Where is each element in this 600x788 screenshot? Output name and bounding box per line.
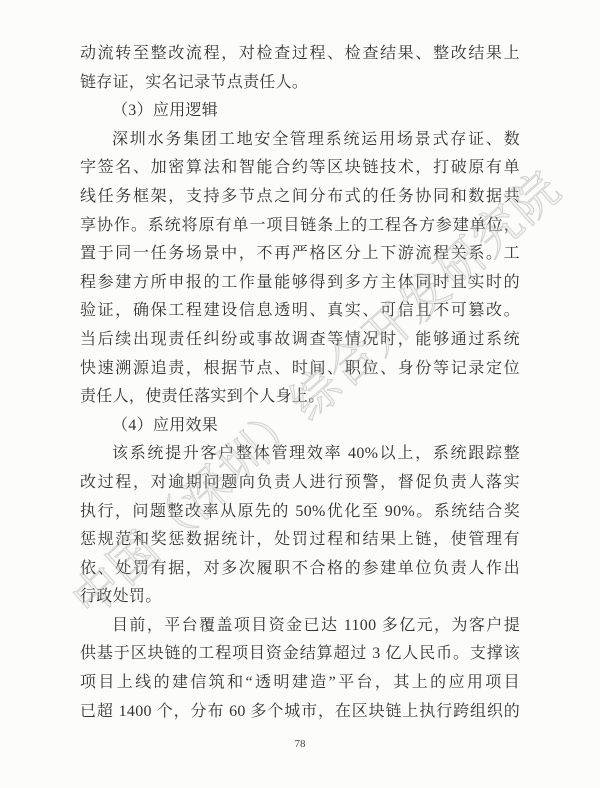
text-block: 动流转至整改流程，对检查过程、检查结果、整改结果上链存证，实名记录节点责任人。（… <box>80 40 520 726</box>
text-line: 置于同一任务场景中，不再严格区分上下游流程关系。工 <box>80 240 520 269</box>
text-line: 已超 1400 个，分布 60 多个城市，在区块链上执行跨组织的 <box>80 698 520 727</box>
text-line: （4）应用效果 <box>80 412 520 441</box>
text-line: 该系统提升客户整体管理效率 40%以上，系统跟踪整 <box>80 440 520 469</box>
text-line: 链存证，实名记录节点责任人。 <box>80 69 520 98</box>
text-line: 验证，确保工程建设信息透明、真实、可信且不可篡改。 <box>80 297 520 326</box>
text-line: 供基于区块链的工程项目资金结算超过 3 亿人民币。支撑该 <box>80 640 520 669</box>
text-line: 执行，问题整改率从原先的 50%优化至 90%。系统结合奖 <box>80 498 520 527</box>
text-line: 惩规范和奖惩数据统计，处罚过程和结果上链，使管理有 <box>80 526 520 555</box>
text-line: 行政处罚。 <box>80 583 520 612</box>
document-page: 动流转至整改流程，对检查过程、检查结果、整改结果上链存证，实名记录节点责任人。（… <box>0 0 600 788</box>
text-line: 程参建方所申报的工作量能够得到多方主体同时且实时的 <box>80 269 520 298</box>
text-line: （3）应用逻辑 <box>80 97 520 126</box>
text-line: 线任务框架，支持多节点之间分布式的任务协同和数据共 <box>80 183 520 212</box>
text-line: 动流转至整改流程，对检查过程、检查结果、整改结果上 <box>80 40 520 69</box>
text-line: 深圳水务集团工地安全管理系统运用场景式存证、数 <box>80 126 520 155</box>
text-line: 快速溯源追责，根据节点、时间、职位、身份等记录定位 <box>80 355 520 384</box>
page-number: 78 <box>0 738 600 750</box>
text-line: 享协作。系统将原有单一项目链条上的工程各方参建单位， <box>80 212 520 241</box>
text-line: 依、处罚有据，对多次履职不合格的参建单位负责人作出 <box>80 555 520 584</box>
text-line: 目前，平台覆盖项目资金已达 1100 多亿元，为客户提 <box>80 612 520 641</box>
text-line: 当后续出现责任纠纷或事故调查等情况时，能够通过系统 <box>80 326 520 355</box>
text-line: 责任人，使责任落实到个人身上。 <box>80 383 520 412</box>
text-line: 改过程，对逾期问题向负责人进行预警，督促负责人落实 <box>80 469 520 498</box>
text-line: 项目上线的建信筑和“透明建造”平台，其上的应用项目 <box>80 669 520 698</box>
text-line: 字签名、加密算法和智能合约等区块链技术，打破原有单 <box>80 154 520 183</box>
